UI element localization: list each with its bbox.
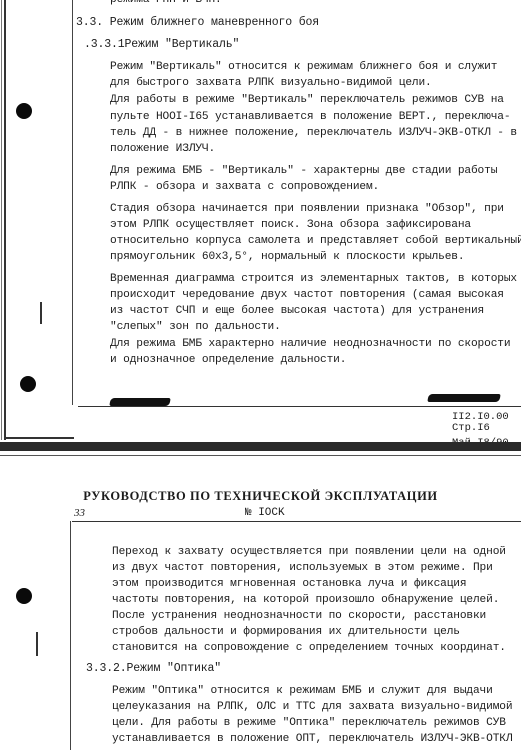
page-border [4, 0, 6, 440]
text-line: из двух частот повторения, используемых … [112, 561, 493, 575]
text-line: Режим "Вертикаль" относится к режимам бл… [110, 60, 497, 74]
page-separator [0, 442, 521, 451]
text-line: устанавливается в положение ОПТ, переклю… [112, 732, 512, 746]
text-line: из частот СЧП и еще более высокая частот… [110, 304, 484, 318]
text-line: РЛПК - обзора и захвата с сопровождением… [110, 180, 379, 194]
text-line: и однозначное определение дальности. [110, 353, 346, 367]
margin-line [72, 0, 73, 405]
text-line: "слепых" зон по дальности. [110, 320, 281, 334]
text-line: Для работы в режиме "Вертикаль" переключ… [110, 93, 504, 107]
page-border [1, 0, 2, 440]
page-number: Стр.I6 [452, 422, 490, 434]
margin-mark [40, 302, 42, 324]
text-fragment: режима РНП и ВЧП. [110, 0, 222, 7]
subsection-heading: 3.3.2.Режим "Оптика" [86, 662, 221, 676]
header-rule [72, 521, 521, 522]
binder-hole-icon [16, 588, 32, 604]
margin-mark [36, 632, 38, 656]
text-line: этом производится мгновенная остановка л… [112, 577, 466, 591]
document-page-2: РУКОВОДСТВО ПО ТЕХНИЧЕСКОЙ ЭКСПЛУАТАЦИИ … [0, 456, 521, 750]
ink-smudge [427, 394, 500, 402]
text-line: тель ДД - в нижнее положение, переключат… [110, 126, 517, 140]
binder-hole-icon [20, 376, 36, 392]
section-heading: 3.3. Режим ближнего маневренного боя [76, 16, 319, 30]
ink-smudge [109, 398, 170, 406]
text-line: относительно корпуса самолета и представ… [110, 234, 521, 248]
text-line: стробов дальности и формирования их длит… [112, 625, 460, 639]
text-line: прямоугольник 60х3,5°, нормальный к плос… [110, 250, 464, 264]
text-line: для быстрого захвата РЛПК визуально-види… [110, 76, 432, 90]
page-number: 33 [74, 507, 85, 519]
text-line: этом РЛПК осуществляет поиск. Зона обзор… [110, 218, 471, 232]
text-line: Для режима БМБ - "Вертикаль" - характерн… [110, 164, 497, 178]
text-line: целеуказания на РЛПК, ОЛС и ТТС для захв… [112, 700, 512, 714]
subsection-heading: .3.3.1Режим "Вертикаль" [84, 38, 239, 52]
document-title: РУКОВОДСТВО ПО ТЕХНИЧЕСКОЙ ЭКСПЛУАТАЦИИ [0, 489, 521, 504]
page-border [4, 437, 74, 439]
text-line: становится на сопровождение с определени… [112, 641, 506, 655]
text-line: цели. Для работы в режиме "Оптика" перек… [112, 716, 506, 730]
binder-hole-icon [16, 103, 32, 119]
text-line: Переход к захвату осуществляется при поя… [112, 545, 506, 559]
text-line: происходит чередование двух частот повто… [110, 288, 504, 302]
text-line: Режим "Оптика" относится к режимам БМБ и… [112, 684, 493, 698]
margin-line [70, 521, 71, 750]
page-footer-rule [78, 406, 521, 407]
text-line: После устранения неоднозначности по скор… [112, 609, 486, 623]
document-subtitle: № IOCK [245, 507, 285, 519]
text-line: частоты повторения, на которой произошло… [112, 593, 499, 607]
text-line: положение ИЗЛУЧ. [110, 142, 215, 156]
document-page-1: режима РНП и ВЧП. 3.3. Режим ближнего ма… [0, 0, 521, 446]
text-line: Для режима БМБ характерно наличие неодно… [110, 337, 510, 351]
text-line: пульте НООI-I65 устанавливается в положе… [110, 110, 510, 124]
text-line: Временная диаграмма строится из элемента… [110, 272, 517, 286]
text-line: Стадия обзора начинается при появлении п… [110, 202, 504, 216]
